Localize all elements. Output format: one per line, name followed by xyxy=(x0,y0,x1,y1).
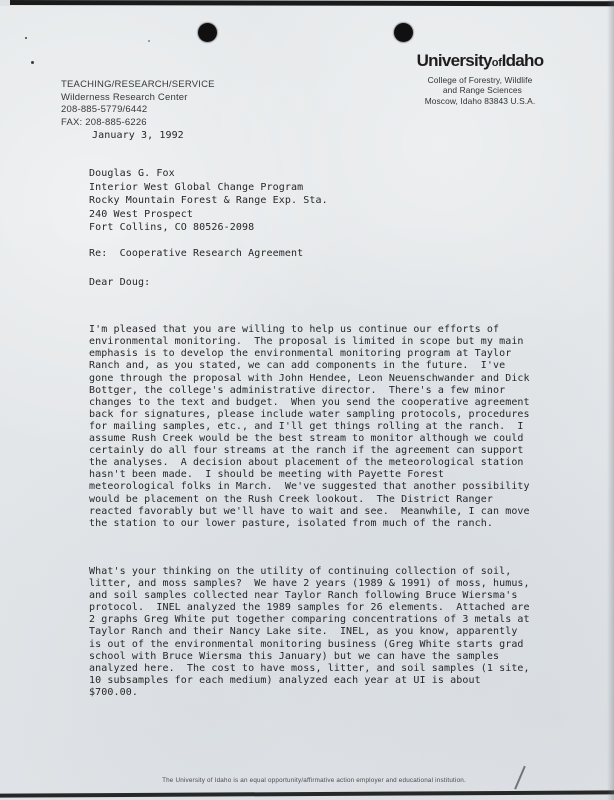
scan-speck xyxy=(31,61,34,64)
registration-dot-right xyxy=(394,23,413,42)
footer-disclaimer: The University of Idaho is an equal oppo… xyxy=(0,777,614,784)
letter-body: I'm pleased that you are willing to help… xyxy=(89,300,575,735)
university-of-idaho-logo: UniversityofIdaho xyxy=(408,52,552,72)
salutation: Dear Doug: xyxy=(89,277,150,289)
body-paragraph-1: I'm pleased that you are willing to help… xyxy=(89,324,575,530)
logo-word-of: of xyxy=(492,57,502,69)
scan-speck xyxy=(25,37,27,39)
recipient-address-block: Douglas G. Fox Interior West Global Chan… xyxy=(89,167,328,235)
letterhead-department-block: TEACHING/RESEARCH/SERVICE Wilderness Res… xyxy=(61,79,215,129)
body-paragraph-2: What's your thinking on the utility of c… xyxy=(89,566,575,699)
letterhead-college-address: College of Forestry, Wildlife and Range … xyxy=(408,75,552,106)
scan-speck xyxy=(148,40,150,42)
registration-dot-left xyxy=(198,23,217,42)
university-logo-block: UniversityofIdaho College of Forestry, W… xyxy=(408,52,552,106)
scan-top-edge xyxy=(0,0,614,6)
scan-right-edge-shadow xyxy=(607,0,614,800)
scan-bottom-edge xyxy=(0,790,614,797)
logo-word-university: University xyxy=(417,51,492,70)
logo-word-idaho: Idaho xyxy=(502,51,544,70)
scan-corner-notch xyxy=(0,0,10,6)
subject-line: Re: Cooperative Research Agreement xyxy=(89,248,303,260)
letter-scan-page: TEACHING/RESEARCH/SERVICE Wilderness Res… xyxy=(0,0,614,800)
letter-date: January 3, 1992 xyxy=(92,130,184,142)
